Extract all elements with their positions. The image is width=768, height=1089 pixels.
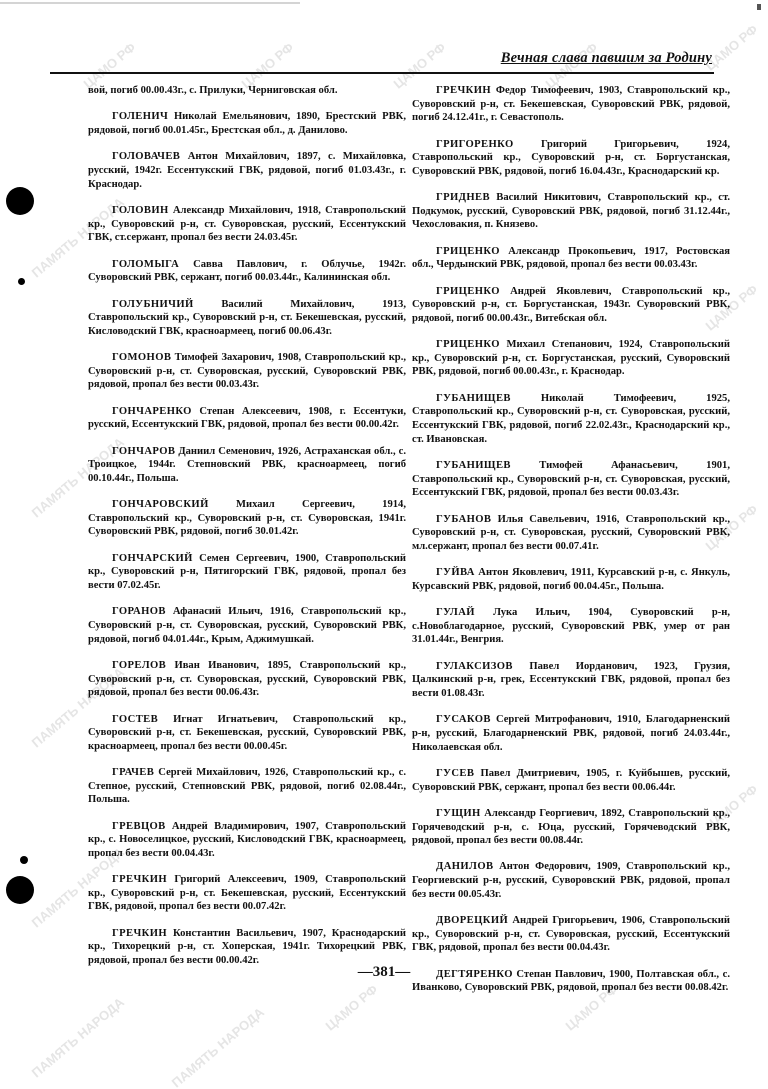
entry-surname: ГОНЧАРСКИЙ	[112, 553, 193, 564]
entry-surname: ГОЛОВАЧЕВ	[112, 151, 180, 162]
entry-surname: ГУБАНОВ	[436, 514, 491, 525]
entry-surname: ГРИДНЕВ	[436, 192, 490, 203]
entry-surname: ГРАЧЕВ	[112, 767, 154, 778]
watermark: ПАМЯТЬ НАРОДА	[29, 995, 127, 1081]
entry-surname: ГУЙВА	[436, 567, 475, 578]
memorial-entry: ГОЛУБНИЧИЙ Василий Михайлович, 1913, Ста…	[88, 298, 406, 339]
memorial-entry: ГРЕЧКИН Григорий Алексеевич, 1909, Ставр…	[88, 873, 406, 914]
entry-surname: ГРЕВЦОВ	[112, 821, 166, 832]
memorial-entry: ГОЛОМЫГА Савва Павлович, г. Облучье, 194…	[88, 258, 406, 285]
entry-surname: ГОНЧАРОВСКИЙ	[112, 499, 209, 510]
memorial-entry: ГУСЕВ Павел Дмитриевич, 1905, г. Куйбыше…	[412, 767, 730, 794]
entry-surname: ГРЕЧКИН	[112, 928, 167, 939]
entry-surname: ГРИЦЕНКО	[436, 339, 500, 350]
memorial-entry: ГУЩИН Александр Георгиевич, 1892, Ставро…	[412, 807, 730, 848]
memorial-entry: ГОМОНОВ Тимофей Захарович, 1908, Ставроп…	[88, 351, 406, 392]
entry-surname: ГОЛУБНИЧИЙ	[112, 299, 194, 310]
entry-surname: ГРИЦЕНКО	[436, 246, 500, 257]
scan-speck	[757, 4, 761, 10]
memorial-entry: ГОРЕЛОВ Иван Иванович, 1895, Ставропольс…	[88, 659, 406, 700]
binder-hole-blot	[6, 876, 34, 904]
memorial-entry: ГРИЦЕНКО Андрей Яковлевич, Ставропольски…	[412, 285, 730, 326]
entry-surname: ГОЛЕНИЧ	[112, 111, 168, 122]
entry-surname: ГОРЕЛОВ	[112, 660, 166, 671]
entry-details: вой, погиб 00.00.43г., с. Прилуки, Черни…	[88, 85, 337, 96]
memorial-entry: ГРИЦЕНКО Александр Прокопьевич, 1917, Ро…	[412, 245, 730, 272]
memorial-entry: ГРИДНЕВ Василий Никитович, Ставропольски…	[412, 191, 730, 232]
document-page: ЦАМО РФ ЦАМО РФ ЦАМО РФ ЦАМО РФ ЦАМО РФ …	[0, 0, 768, 1089]
memorial-entry: ГРИГОРЕНКО Григорий Григорьевич, 1924, С…	[412, 138, 730, 179]
memorial-entry: ГОНЧАРЕНКО Степан Алексеевич, 1908, г. Е…	[88, 405, 406, 432]
entry-surname: ГУЛАКСИЗОВ	[436, 661, 513, 672]
memorial-entry: ГОРАНОВ Афанасий Ильич, 1916, Ставрополь…	[88, 605, 406, 646]
page-number: —381—	[0, 964, 768, 981]
memorial-entry: ГУБАНИЩЕВ Николай Тимофеевич, 1925, Став…	[412, 392, 730, 446]
memorial-entry: вой, погиб 00.00.43г., с. Прилуки, Черни…	[88, 84, 406, 98]
entry-surname: ГРИЦЕНКО	[436, 286, 500, 297]
entry-surname: ГУБАНИЩЕВ	[436, 393, 511, 404]
memorial-entry: ДАНИЛОВ Антон Федорович, 1909, Ставропол…	[412, 860, 730, 901]
memorial-entry: ГРАЧЕВ Сергей Михайлович, 1926, Ставропо…	[88, 766, 406, 807]
memorial-entry: ГУБАНОВ Илья Савельевич, 1916, Ставропол…	[412, 513, 730, 554]
memorial-entry: ГОНЧАРОВ Даниил Семенович, 1926, Астраха…	[88, 445, 406, 486]
entry-surname: ГРИГОРЕНКО	[436, 139, 514, 150]
entry-surname: ГОРАНОВ	[112, 606, 166, 617]
entry-surname: ГОНЧАРОВ	[112, 446, 175, 457]
entry-surname: ГОЛОМЫГА	[112, 259, 179, 270]
memorial-entry: ГОНЧАРСКИЙ Семен Сергеевич, 1900, Ставро…	[88, 552, 406, 593]
memorial-entry: ГОЛОВАЧЕВ Антон Михайлович, 1897, с. Мих…	[88, 150, 406, 191]
memorial-entry: ГОЛЕНИЧ Николай Емельянович, 1890, Брест…	[88, 110, 406, 137]
entry-surname: ГУСАКОВ	[436, 714, 491, 725]
entry-surname: ГУСЕВ	[436, 768, 474, 779]
memorial-entry: ГУЛАЙ Лука Ильич, 1904, Суворовский р-н,…	[412, 606, 730, 647]
running-header: Вечная слава павшим за Родину	[501, 50, 712, 67]
right-column: ГРЕЧКИН Федор Тимофеевич, 1903, Ставропо…	[412, 84, 730, 1008]
memorial-entry: ГУЛАКСИЗОВ Павел Иорданович, 1923, Грузи…	[412, 660, 730, 701]
watermark: ПАМЯТЬ НАРОДА	[169, 1005, 267, 1089]
memorial-entry: ГРЕЧКИН Константин Васильевич, 1907, Кра…	[88, 927, 406, 968]
entry-surname: ГОЛОВИН	[112, 205, 169, 216]
entry-surname: ГОНЧАРЕНКО	[112, 406, 192, 417]
memorial-entry: ГРЕЧКИН Федор Тимофеевич, 1903, Ставропо…	[412, 84, 730, 125]
memorial-entry: ГОНЧАРОВСКИЙ Михаил Сергеевич, 1914, Ста…	[88, 498, 406, 539]
entry-surname: ГРЕЧКИН	[112, 874, 167, 885]
memorial-entry: ГУЙВА Антон Яковлевич, 1911, Курсавский …	[412, 566, 730, 593]
entry-surname: ГУБАНИЩЕВ	[436, 460, 511, 471]
memorial-entry: ГУБАНИЩЕВ Тимофей Афанасьевич, 1901, Ста…	[412, 459, 730, 500]
entry-surname: ДАНИЛОВ	[436, 861, 493, 872]
binder-hole-blot	[6, 187, 34, 215]
scan-speck	[0, 2, 300, 4]
header-rule	[50, 72, 714, 74]
memorial-entry: ГРИЦЕНКО Михаил Степанович, 1924, Ставро…	[412, 338, 730, 379]
watermark: ЦАМО РФ	[323, 981, 381, 1033]
entry-surname: ГОСТЕВ	[112, 714, 158, 725]
entry-surname: ГРЕЧКИН	[436, 85, 491, 96]
entry-surname: ДВОРЕЦКИЙ	[436, 915, 508, 926]
memorial-entry: ГУСАКОВ Сергей Митрофанович, 1910, Благо…	[412, 713, 730, 754]
memorial-entry: ГРЕВЦОВ Андрей Владимирович, 1907, Ставр…	[88, 820, 406, 861]
entry-surname: ГУЛАЙ	[436, 607, 475, 618]
memorial-entry: ДВОРЕЦКИЙ Андрей Григорьевич, 1906, Став…	[412, 914, 730, 955]
memorial-entry: ГОЛОВИН Александр Михайлович, 1918, Став…	[88, 204, 406, 245]
binder-hole-blot	[18, 278, 25, 285]
entry-surname: ГУЩИН	[436, 808, 481, 819]
left-column: вой, погиб 00.00.43г., с. Прилуки, Черни…	[88, 84, 406, 980]
binder-hole-blot	[20, 856, 28, 864]
memorial-entry: ГОСТЕВ Игнат Игнатьевич, Ставропольский …	[88, 713, 406, 754]
entry-surname: ГОМОНОВ	[112, 352, 171, 363]
